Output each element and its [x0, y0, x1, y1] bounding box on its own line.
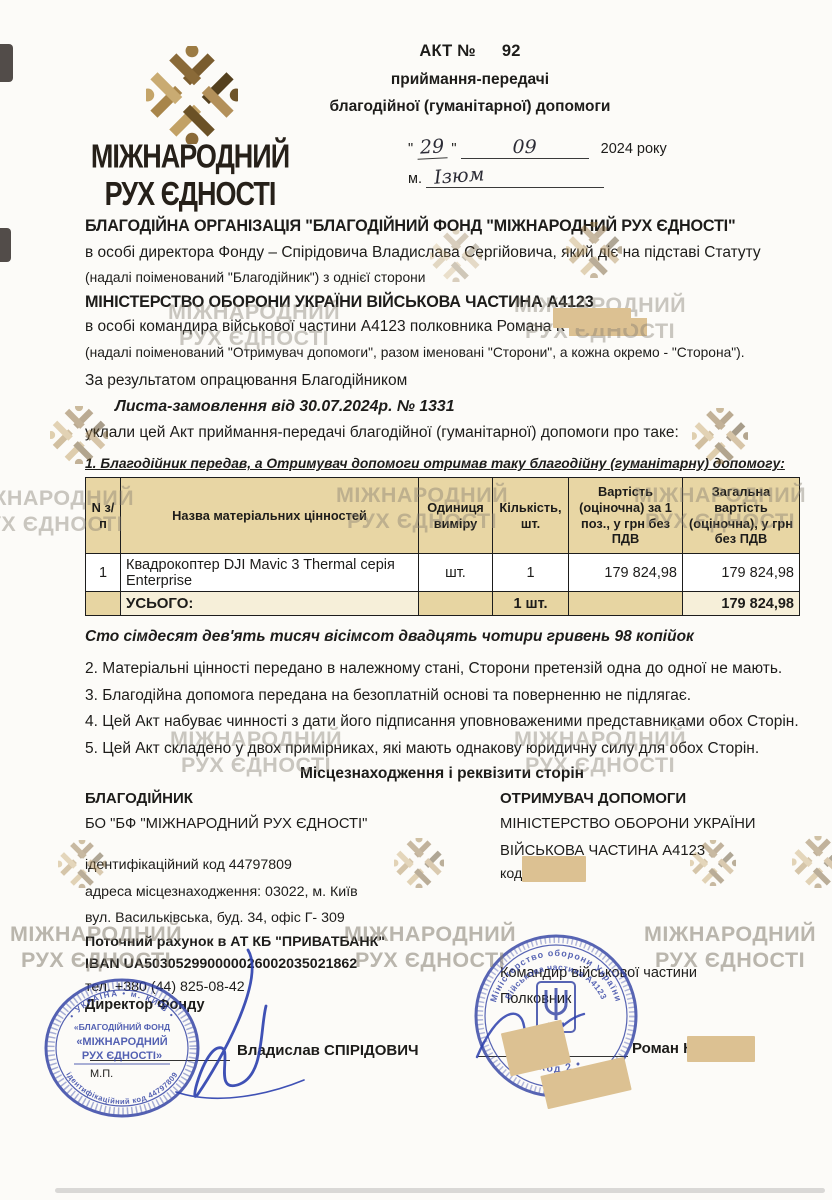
col-header-name: Назва матеріальних цінностей — [121, 478, 419, 554]
benefactor-name: БО "БФ "МІЖНАРОДНИЙ РУХ ЄДНОСТІ" — [85, 816, 445, 832]
cell-qty: 1 — [493, 554, 569, 592]
cell-name: Квадрокоптер DJI Mavic 3 Thermal серія E… — [121, 554, 419, 592]
goods-table: N з/п Назва матеріальних цінностей Одини… — [85, 477, 800, 616]
redaction-block — [522, 856, 586, 882]
handwritten-city: Ізюм — [433, 163, 485, 188]
recipient-org1: МІНІСТЕРСТВО ОБОРОНИ УКРАЇНИ — [500, 816, 820, 832]
date-block: " 29 " 09 2024 року м. Ізюм — [408, 136, 698, 189]
clause-5: 5. Цей Акт складено у двох примірниках, … — [85, 739, 799, 758]
logo-text: МІЖНАРОДНИЙ РУХ ЄДНОСТІ — [88, 138, 292, 214]
title-line2: приймання-передачі — [280, 71, 660, 89]
benefactor-address1: адреса місцезнаходження: 03022, м. Київ — [85, 884, 445, 900]
act-label: АКТ № — [419, 42, 475, 60]
act-number: 92 — [502, 42, 521, 60]
benefactor-mp-label: М.П. — [90, 1068, 113, 1080]
total-cell-price — [569, 592, 683, 616]
total-label: УСЬОГО: — [121, 592, 419, 616]
stamp-ring-bottom-text: ідентифікаційний код 44797809 — [64, 1070, 179, 1106]
stamp-center-line2: «МІЖНАРОДНИЙ — [76, 1035, 167, 1048]
total-cell-unit — [419, 592, 493, 616]
redaction-block — [501, 1020, 571, 1077]
benefactor-title: БЛАГОДІЙНИК — [85, 790, 445, 807]
benefactor-phone: тел. +380 (44) 825-08-42 — [85, 979, 445, 995]
benefactor-line: в особі директора Фонду – Спірідовича Вл… — [85, 243, 799, 262]
col-header-unit-price: Вартість (оціночна) за 1 поз., у грн без… — [569, 478, 683, 554]
benefactor-note: (надалі поіменований "Благодійник") з од… — [85, 269, 799, 286]
order-letter-line: Листа-замовлення від 30.07.2024р. № 1331 — [115, 397, 829, 417]
recipient-note: (надалі поіменований "Отримувач допомоги… — [85, 344, 799, 361]
svg-text:ідентифікаційний код 44797809: ідентифікаційний код 44797809 — [64, 1070, 179, 1106]
benefactor-iban: IBAN UA503052990000026002035021862 — [85, 956, 445, 972]
total-value: 179 824,98 — [683, 592, 800, 616]
cell-num: 1 — [86, 554, 121, 592]
open-quote: " — [408, 141, 413, 157]
recipient-signer-title: Командир військової частини — [500, 965, 820, 981]
requisites-heading: Місцезнаходження і реквізити сторін — [85, 764, 799, 783]
handwritten-month: 09 — [461, 136, 589, 159]
recipient-line: в особі командира військової частини А41… — [85, 317, 799, 336]
logo-line1: МІЖНАРОДНИЙ — [88, 138, 292, 176]
recipient-line-text: в особі командира військової частини А41… — [85, 318, 565, 335]
recipient-title: ОТРИМУВАЧ ДОПОМОГИ — [500, 790, 820, 807]
benefactor-signer-title: Директор Фонду — [85, 997, 445, 1013]
scan-edge-artifact — [0, 44, 13, 82]
act-number-line: АКТ №92 — [280, 42, 660, 61]
cell-total-price: 179 824,98 — [683, 554, 800, 592]
recipient-signer-name: Роман К — [632, 1040, 692, 1057]
date-line: " 29 " 09 2024 року — [408, 136, 698, 159]
benefactor-id-code: ідентифікаційний код 44797809 — [85, 857, 445, 873]
logo-line2: РУХ ЄДНОСТІ — [88, 176, 292, 214]
scan-edge-artifact — [0, 228, 11, 262]
city-line: м. Ізюм — [408, 166, 698, 189]
item1-heading: 1. Благодійник передав, а Отримувач допо… — [85, 455, 799, 472]
col-header-qty: Кількість, шт. — [493, 478, 569, 554]
table-row: 1 Квадрокоптер DJI Mavic 3 Thermal серія… — [86, 554, 800, 592]
redaction-block — [553, 308, 631, 328]
benefactor-signature-line — [90, 1060, 230, 1061]
handwritten-day: 29 — [417, 135, 448, 160]
year-label: 2024 року — [601, 141, 667, 157]
clause-4: 4. Цей Акт набуває чинності з дати його … — [85, 712, 799, 731]
benefactor-signer-name: Владислав СПІРІДОВИЧ — [237, 1042, 419, 1059]
redaction-block — [687, 1036, 755, 1062]
unity-logo-emblem-icon — [146, 46, 238, 144]
close-quote: " — [451, 141, 456, 157]
scan-bottom-shadow — [55, 1188, 825, 1193]
table-header-row: N з/п Назва матеріальних цінностей Одини… — [86, 478, 800, 554]
recipient-rank: Полковник — [500, 991, 820, 1007]
city-prefix: м. — [408, 171, 422, 187]
amount-in-words: Сто сімдесят дев'ять тисяч вісімсот двад… — [85, 627, 799, 646]
clause-3: 3. Благодійна допомога передана на безоп… — [85, 686, 799, 705]
scanned-act-document: МІЖНАРОДНИЙ РУХ ЄДНОСТІ АКТ №92 прийманн… — [0, 0, 832, 1200]
benefactor-heading: БЛАГОДІЙНА ОРГАНІЗАЦІЯ "БЛАГОДІЙНИЙ ФОНД… — [85, 216, 799, 236]
concluded-line: уклали цей Акт приймання-передачі благод… — [85, 423, 799, 442]
col-header-unit: Одиниця виміру — [419, 478, 493, 554]
benefactor-bank: Поточний рахунок в АТ КБ "ПРИВАТБАНК" — [85, 934, 445, 950]
total-cell-num — [86, 592, 121, 616]
clause-2: 2. Матеріальні цінності передано в належ… — [85, 659, 799, 678]
recipient-heading: МІНІСТЕРСТВО ОБОРОНИ УКРАЇНИ ВІЙСЬКОВА Ч… — [85, 292, 799, 312]
col-header-num: N з/п — [86, 478, 121, 554]
result-line: За результатом опрацювання Благодійником — [85, 371, 799, 390]
title-line3: благодійної (гуманітарної) допомоги — [280, 98, 660, 116]
watermark-line1: МІЖНАРОДНИЙ — [644, 922, 816, 946]
total-qty: 1 шт. — [493, 592, 569, 616]
cell-unit-price: 179 824,98 — [569, 554, 683, 592]
benefactor-address2: вул. Васильківська, буд. 34, офіс Г- 309 — [85, 910, 445, 926]
document-title: АКТ №92 приймання-передачі благодійної (… — [280, 42, 660, 116]
cell-unit: шт. — [419, 554, 493, 592]
table-total-row: УСЬОГО: 1 шт. 179 824,98 — [86, 592, 800, 616]
stamp-center-line1: «БЛАГОДІЙНИЙ ФОНД — [74, 1021, 170, 1032]
col-header-total-price: Загальна вартість (оціночна), у грн без … — [683, 478, 800, 554]
